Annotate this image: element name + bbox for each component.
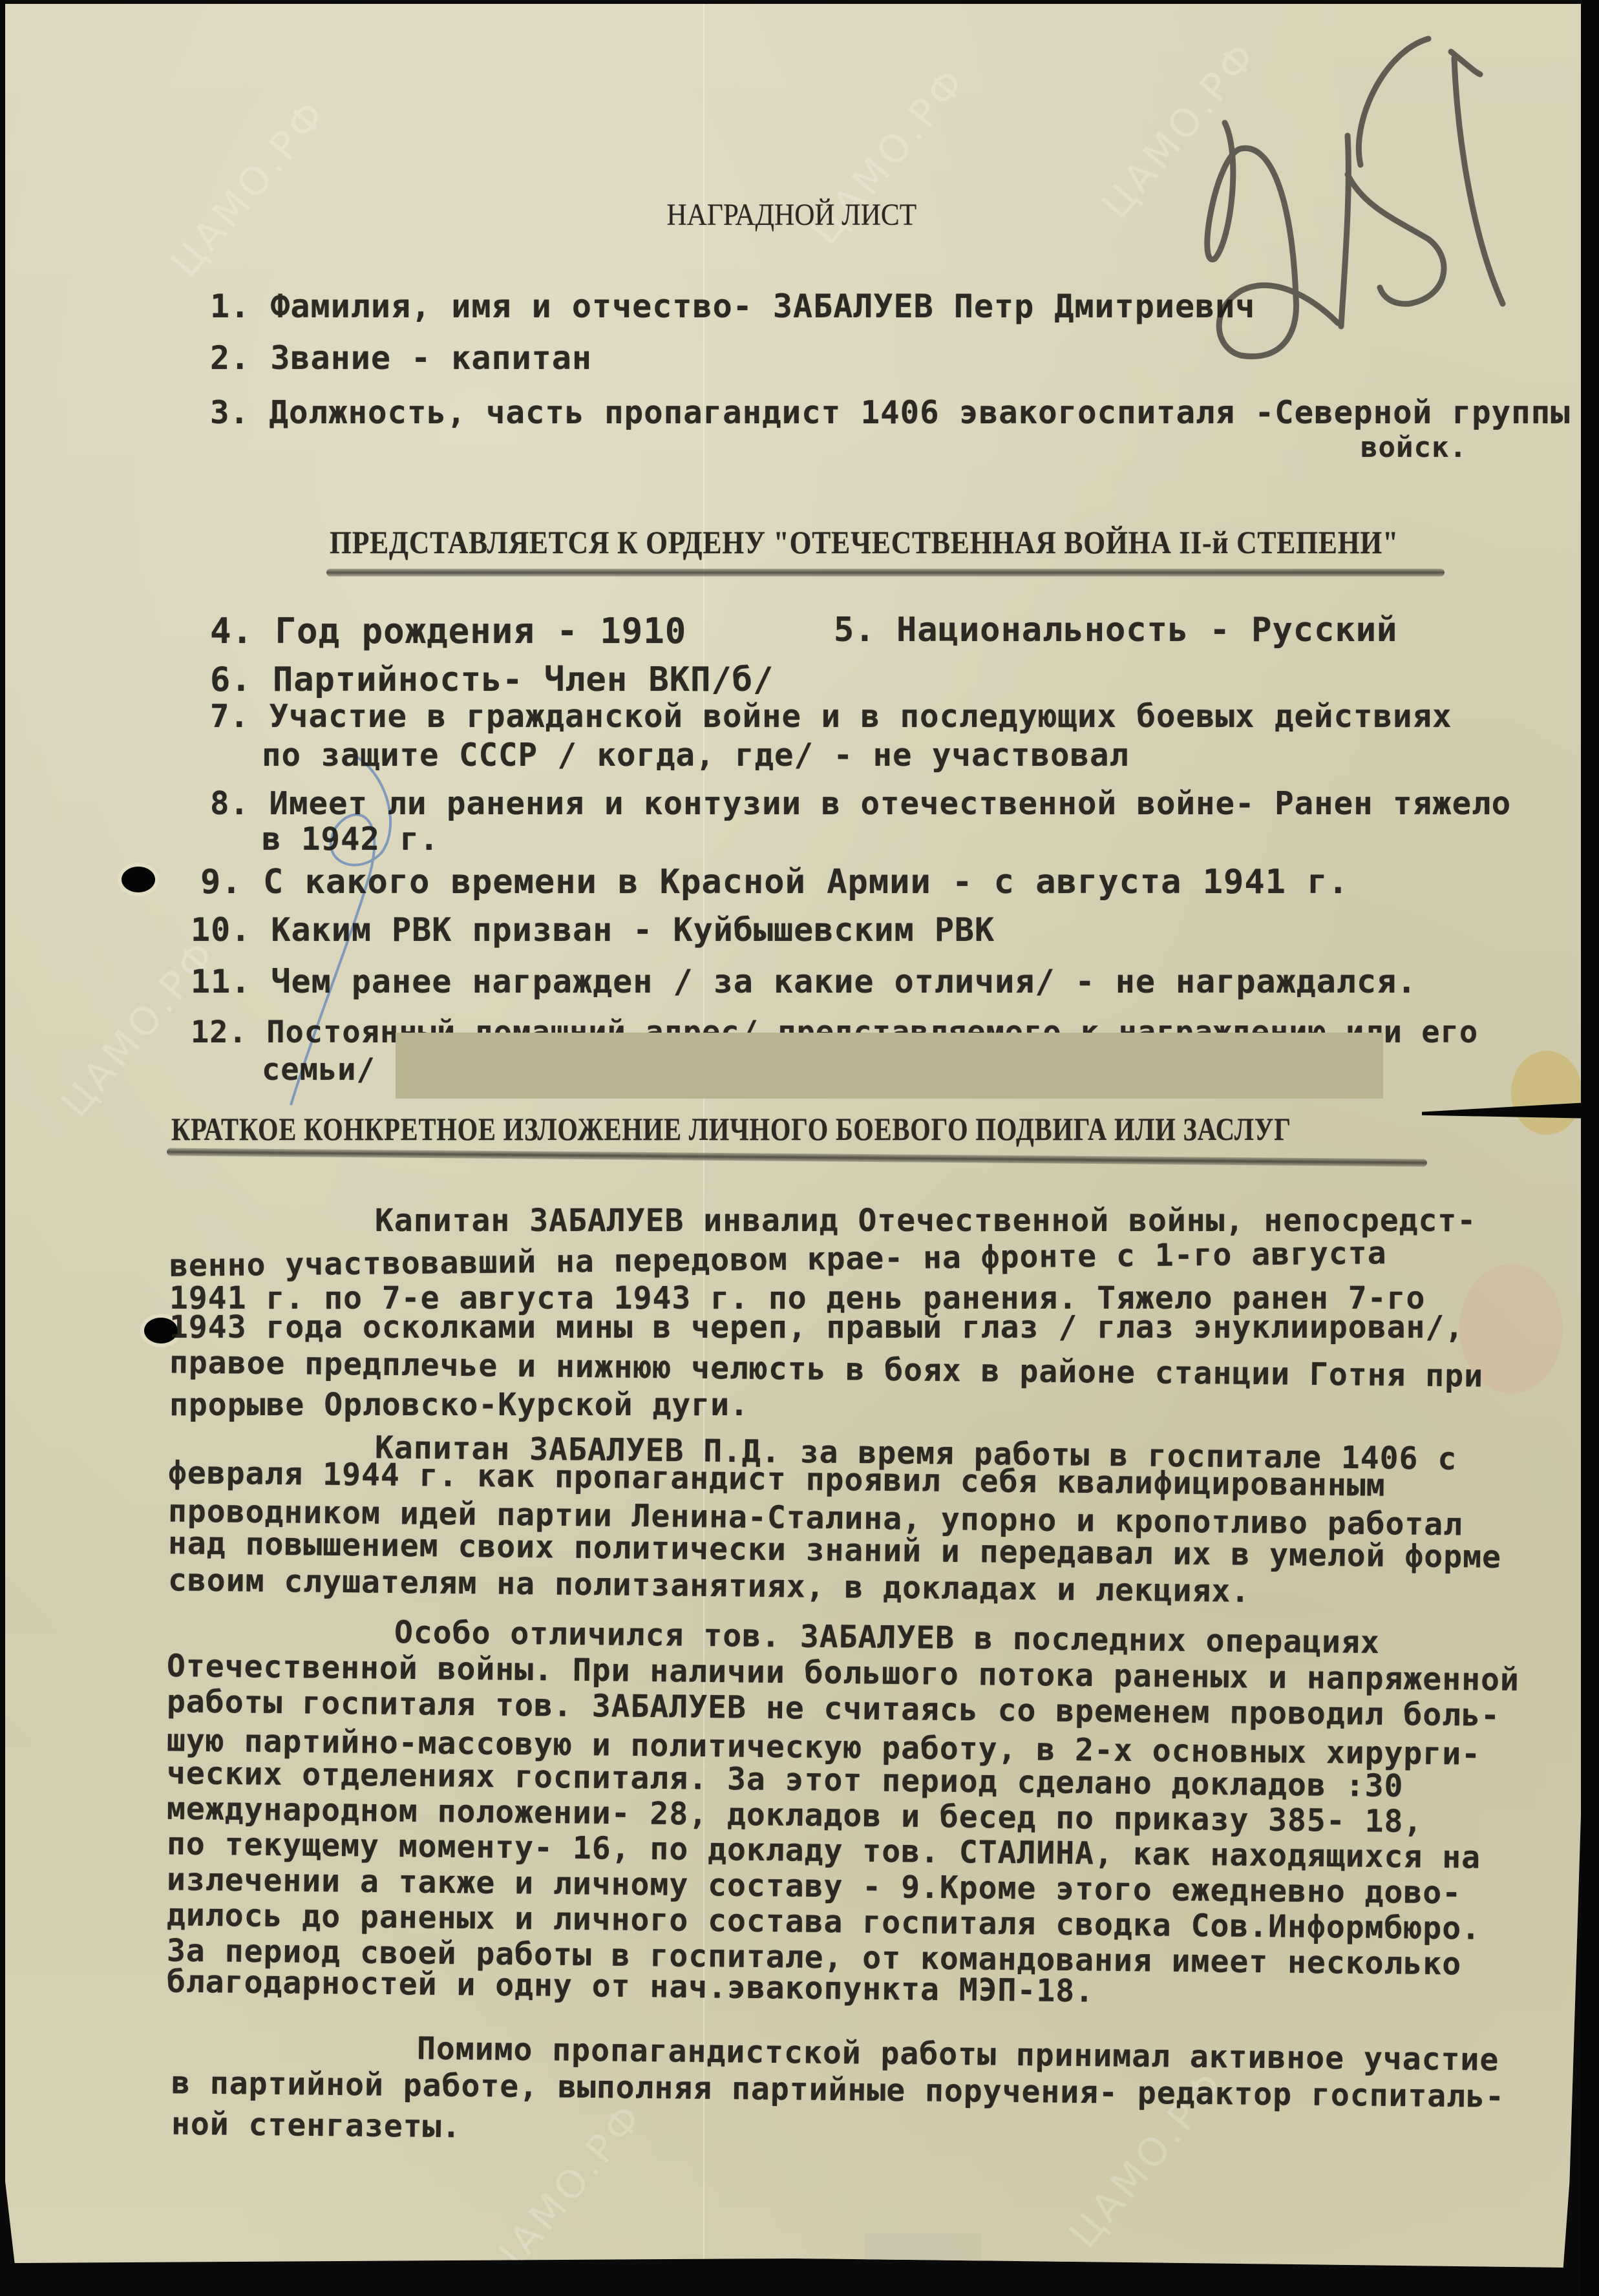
detail-4-value: - 1910 (556, 611, 686, 651)
paper-corner-fold (865, 2233, 981, 2272)
detail-8: 8. Имеет ли ранения и контузии в отечест… (210, 785, 1511, 822)
field-2: 2. Звание - капитан (210, 339, 592, 377)
field-3-value: пропагандист 1406 эвакогоспиталя -Северн… (604, 394, 1571, 431)
detail-12-num: 12. (191, 1015, 248, 1050)
detail-10-num: 10. (191, 911, 251, 949)
summary-paragraph-3-line: благодарностей и одну от нач.эвакопункта… (167, 1966, 1095, 2006)
detail-6: 6. Партийность- Член ВКП/б/ (210, 660, 774, 699)
redacted-address (396, 1033, 1383, 1099)
detail-11: 11. Чем ранее награжден / за какие отлич… (191, 963, 1417, 1000)
document-title: НАГРАДНОЙ ЛИСТ (666, 197, 916, 233)
detail-5-num: 5. (834, 611, 876, 649)
field-3-value-cont: войск. (1361, 431, 1467, 464)
detail-7-value: - не участвовал (834, 737, 1130, 774)
field-3-label: Должность, часть (270, 394, 585, 431)
detail-7: 7. Участие в гражданской войне и в после… (210, 698, 1452, 735)
detail-8-cont: в 1942 г. (262, 821, 439, 858)
detail-9: 9. С какого времени в Красной Армии - с … (200, 863, 1349, 901)
summary-paragraph-4-line: ной стенгазеты. (171, 2109, 461, 2143)
paper-stain (1511, 1051, 1582, 1135)
detail-6-num: 6. (210, 660, 252, 699)
handwritten-number-251 (1202, 26, 1512, 414)
detail-7-num: 7. (210, 698, 249, 735)
detail-8-value: Ранен тяжело (1275, 785, 1511, 822)
detail-10-label: Каким РВК призван (271, 911, 613, 949)
detail-9-value: - с августа 1941 г. (952, 863, 1349, 901)
watermark: ЦАМО.РФ (162, 90, 336, 286)
field-2-label: Звание - (270, 339, 431, 377)
summary-heading: КРАТКОЕ КОНКРЕТНОЕ ИЗЛОЖЕНИЕ ЛИЧНОГО БОЕ… (171, 1110, 1291, 1148)
detail-7-label: Участие в гражданской войне и в последую… (270, 698, 1452, 735)
detail-5-label: Национальность (896, 611, 1189, 649)
detail-10: 10. Каким РВК призван - Куйбышевским РВК (191, 911, 995, 949)
field-3: 3. Должность, часть пропагандист 1406 эв… (210, 394, 1571, 431)
detail-9-num: 9. (200, 863, 242, 901)
detail-11-num: 11. (191, 963, 251, 1000)
detail-8-num: 8. (210, 785, 249, 822)
field-1-label: Фамилия, имя и отчество- (270, 288, 752, 325)
field-3-num: 3. (210, 394, 249, 431)
field-2-value: капитан (451, 339, 592, 377)
field-1-num: 1. (210, 288, 250, 325)
detail-10-value: - Куйбышевским РВК (633, 911, 995, 949)
summary-paragraph-1-line: 1943 года осколками мины в череп, правый… (169, 1312, 1464, 1343)
detail-7-cont: по защите СССР / когда, где/ - не участв… (262, 737, 1129, 774)
detail-4-num: 4. (210, 611, 253, 651)
detail-4: 4. Год рождения - 1910 (210, 611, 686, 651)
summary-paragraph-1-line: прорыве Орловско-Курской дуги. (169, 1389, 749, 1420)
summary-paragraph-1-line: Капитан ЗАБАЛУЕВ инвалид Отечественной в… (375, 1205, 1476, 1236)
watermark: ЦАМО.РФ (479, 2094, 653, 2289)
field-1-value: ЗАБАЛУЕВ Петр Дмитриевич (773, 288, 1255, 325)
detail-5: 5. Национальность - Русский (834, 611, 1397, 649)
detail-8-label: Имеет ли ранения и контузии в отечествен… (270, 785, 1255, 822)
detail-7-label-cont: по защите СССР / когда, где/ (262, 737, 814, 774)
detail-6-value: Член ВКП/б/ (544, 660, 774, 699)
detail-9-label: С какого времени в Красной Армии (263, 863, 931, 901)
detail-11-value: - не награждался. (1075, 963, 1417, 1000)
field-2-num: 2. (210, 339, 250, 377)
detail-4-label: Год рождения (275, 611, 535, 651)
scan-border (1581, 0, 1599, 2296)
heading-underline (326, 569, 1445, 576)
detail-6-label: Партийность- (273, 660, 524, 699)
field-1: 1. Фамилия, имя и отчество- ЗАБАЛУЕВ Пет… (210, 288, 1255, 325)
punch-hole (122, 867, 155, 892)
detail-12-cont: семьи/ (262, 1052, 376, 1088)
detail-11-label: Чем ранее награжден / за какие отличия/ (271, 963, 1055, 1000)
detail-5-value: - Русский (1210, 611, 1398, 649)
nomination-heading: ПРЕДСТАВЛЯЕТСЯ К ОРДЕНУ "ОТЕЧЕСТВЕННАЯ В… (330, 523, 1399, 561)
